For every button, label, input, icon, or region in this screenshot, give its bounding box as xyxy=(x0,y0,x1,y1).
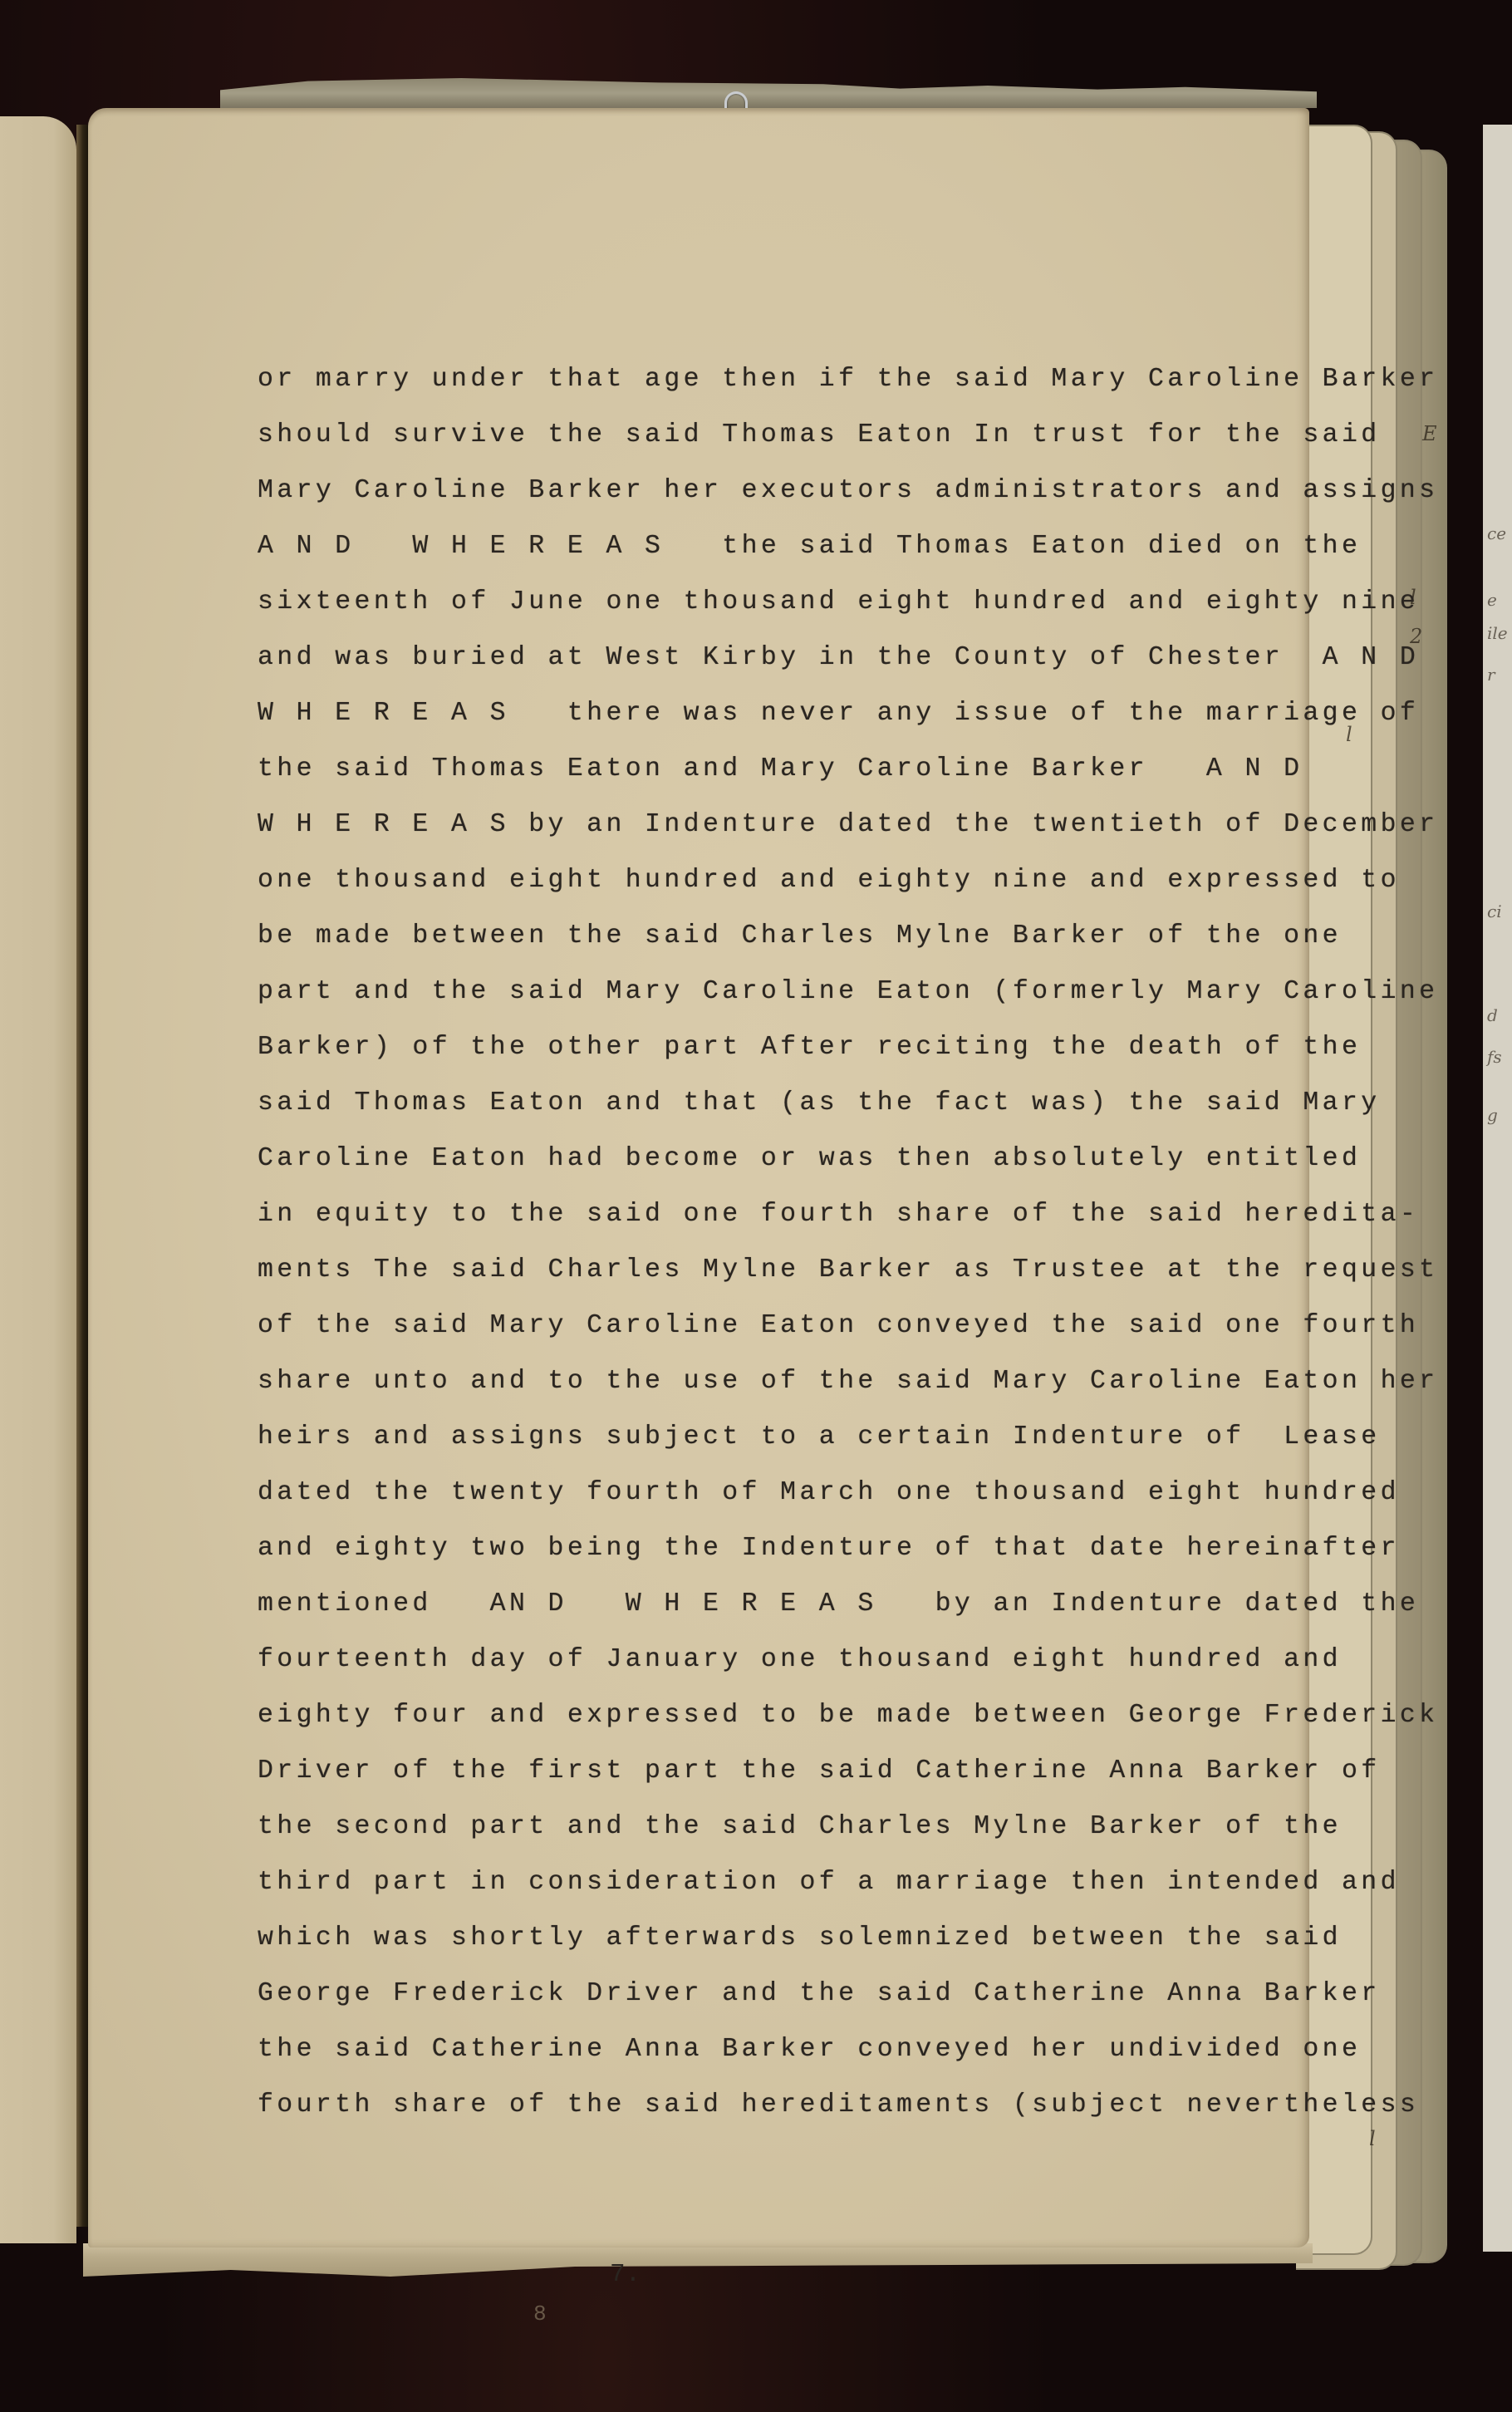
text-line: fourth share of the said hereditaments (… xyxy=(258,2077,1304,2133)
text-line: A N D W H E R E A S the said Thomas Eato… xyxy=(258,518,1304,574)
manuscript-fragment: fs xyxy=(1487,1047,1502,1067)
text-line: sixteenth of June one thousand eight hun… xyxy=(258,574,1304,630)
text-line: W H E R E A S by an Indenture dated the … xyxy=(258,797,1304,852)
text-line: heirs and assigns subject to a certain I… xyxy=(258,1409,1304,1465)
text-line: fourteenth day of January one thousand e… xyxy=(258,1632,1304,1687)
document-body: or marry under that age then if the said… xyxy=(258,351,1304,2133)
manuscript-page-edge xyxy=(1483,125,1512,2252)
left-facing-page xyxy=(0,116,76,2243)
text-line: be made between the said Charles Mylne B… xyxy=(258,908,1304,964)
text-line: W H E R E A S there was never any issue … xyxy=(258,685,1304,741)
typed-document-page: or marry under that age then if the said… xyxy=(88,108,1309,2247)
text-line: the said Catherine Anna Barker conveyed … xyxy=(258,2021,1304,2077)
book-gutter xyxy=(76,125,88,2227)
manuscript-fragment: ci xyxy=(1487,901,1502,921)
bleed-through-page-number: 8 xyxy=(533,2301,547,2326)
manuscript-fragment: r xyxy=(1487,665,1495,685)
text-line: said Thomas Eaton and that (as the fact … xyxy=(258,1075,1304,1131)
text-line: should survive the said Thomas Eaton In … xyxy=(258,407,1304,463)
text-line: third part in consideration of a marriag… xyxy=(258,1854,1304,1910)
text-line: Caroline Eaton had become or was then ab… xyxy=(258,1131,1304,1186)
manuscript-fragment: e xyxy=(1487,590,1497,610)
text-line: of the said Mary Caroline Eaton conveyed… xyxy=(258,1298,1304,1353)
manuscript-fragment: g xyxy=(1487,1105,1498,1125)
text-line: Driver of the first part the said Cather… xyxy=(258,1743,1304,1799)
text-line: or marry under that age then if the said… xyxy=(258,351,1304,407)
text-line: one thousand eight hundred and eighty ni… xyxy=(258,852,1304,908)
text-line: dated the twenty fourth of March one tho… xyxy=(258,1465,1304,1520)
text-line: eighty four and expressed to be made bet… xyxy=(258,1687,1304,1743)
page-number: 7. xyxy=(610,2260,641,2289)
text-line: ments The said Charles Mylne Barker as T… xyxy=(258,1242,1304,1298)
text-line: mentioned AN D W H E R E A S by an Inden… xyxy=(258,1576,1304,1632)
margin-mark: E xyxy=(1422,422,1437,445)
text-line: George Frederick Driver and the said Cat… xyxy=(258,1966,1304,2021)
text-line: share unto and to the use of the said Ma… xyxy=(258,1353,1304,1409)
text-line: Mary Caroline Barker her executors admin… xyxy=(258,463,1304,518)
text-line: which was shortly afterwards solemnized … xyxy=(258,1910,1304,1966)
manuscript-fragment: ce xyxy=(1487,523,1506,543)
text-line: and eighty two being the Indenture of th… xyxy=(258,1520,1304,1576)
text-line: part and the said Mary Caroline Eaton (f… xyxy=(258,964,1304,1019)
margin-mark: l xyxy=(1369,2127,1376,2150)
text-line: the said Thomas Eaton and Mary Caroline … xyxy=(258,741,1304,797)
text-line: in equity to the said one fourth share o… xyxy=(258,1186,1304,1242)
text-line: the second part and the said Charles Myl… xyxy=(258,1799,1304,1854)
text-line: and was buried at West Kirby in the Coun… xyxy=(258,630,1304,685)
manuscript-fragment: d xyxy=(1487,1005,1498,1025)
manuscript-fragment: ile xyxy=(1487,623,1508,643)
text-line: Barker) of the other part After reciting… xyxy=(258,1019,1304,1075)
